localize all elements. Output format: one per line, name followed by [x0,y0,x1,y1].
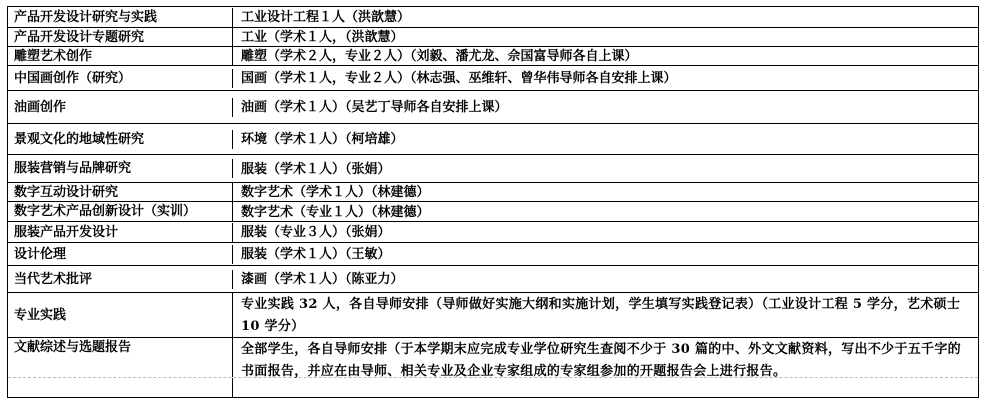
course-name-cell: 设计伦理 [8,245,233,264]
table-row: 景观文化的地域性研究 环境（学术１人）（柯培雄） [8,123,978,154]
table-row: 中国画创作（研究） 国画（学术１人，专业２人）（林志强、巫维轩、曾华伟导师各自安… [8,65,978,90]
assignment-cell: 漆画（学术１人）（陈亚力） [233,269,978,289]
course-name-cell: 产品开发设计专题研究 [8,28,233,47]
table-row: 文献综述与选题报告 全部学生，各自导师安排（于本学期末应完成专业学位研究生查阅不… [8,337,978,377]
assignment-cell: 服装（学术１人）（王敏） [233,244,978,264]
assignment-cell: 数字艺术（专业１人）（林建德） [233,202,978,222]
assignment-cell: 工业（学术１人，（洪歆慧） [233,27,978,47]
assignment-cell: 工业设计工程１人（洪歆慧） [233,7,978,27]
course-name-cell: 雕塑艺术创作 [8,47,233,66]
table-row-empty [8,377,978,397]
table-row: 服装营销与品牌研究 服装（学术１人）（张娟） [8,154,978,182]
course-name-cell: 产品开发设计研究与实践 [8,8,233,27]
table-row: 产品开发设计专题研究 工业（学术１人，（洪歆慧） [8,27,978,46]
course-name-cell: 文献综述与选题报告 [8,338,233,377]
table-row: 当代艺术批评 漆画（学术１人）（陈亚力） [8,265,978,292]
course-name-cell: 中国画创作（研究） [8,69,233,88]
assignment-cell [233,378,978,397]
assignment-cell: 专业实践 32 人，各自导师安排（导师做好实施大纲和实施计划，学生填写实践登记表… [233,293,978,337]
course-name-cell [8,378,233,397]
course-name-cell: 当代艺术批评 [8,270,233,289]
course-name-cell: 景观文化的地域性研究 [8,130,233,149]
table-row: 服装产品开发设计 服装（专业３人）（张娟） [8,221,978,242]
assignment-cell: 国画（学术１人，专业２人）（林志强、巫维轩、曾华伟导师各自安排上课） [233,68,978,88]
table-row: 油画创作 油画（学术１人）（吴艺丁导师各自安排上课） [8,90,978,123]
course-name-cell: 专业实践 [8,293,233,337]
table-row: 专业实践 专业实践 32 人，各自导师安排（导师做好实施大纲和实施计划，学生填写… [8,292,978,337]
assignment-cell: 服装（专业３人）（张娟） [233,222,978,242]
course-name-cell: 数字艺术产品创新设计（实训） [8,202,233,221]
assignment-cell: 全部学生，各自导师安排（于本学期末应完成专业学位研究生查阅不少于 30 篇的中、… [233,338,978,377]
assignment-cell: 环境（学术１人）（柯培雄） [233,129,978,149]
course-name-cell: 服装营销与品牌研究 [8,159,233,178]
assignment-cell: 数字艺术（学术１人）（林建德） [233,182,978,202]
course-name-cell: 服装产品开发设计 [8,223,233,242]
assignment-cell: 油画（学术１人）（吴艺丁导师各自安排上课） [233,97,978,117]
table-row: 雕塑艺术创作 雕塑（学术２人，专业２人）（刘毅、潘尤龙、佘国富导师各自上课） [8,46,978,65]
table-row: 数字艺术产品创新设计（实训） 数字艺术（专业１人）（林建德） [8,201,978,221]
course-assignment-table: 产品开发设计研究与实践 工业设计工程１人（洪歆慧） 产品开发设计专题研究 工业（… [7,6,979,398]
course-name-cell: 数字互动设计研究 [8,183,233,202]
assignment-cell: 雕塑（学术２人，专业２人）（刘毅、潘尤龙、佘国富导师各自上课） [233,46,978,66]
table-row: 数字互动设计研究 数字艺术（学术１人）（林建德） [8,182,978,201]
table-row: 产品开发设计研究与实践 工业设计工程１人（洪歆慧） [8,7,978,27]
course-name-cell: 油画创作 [8,98,233,117]
assignment-cell: 服装（学术１人）（张娟） [233,159,978,179]
table-row: 设计伦理 服装（学术１人）（王敏） [8,242,978,265]
